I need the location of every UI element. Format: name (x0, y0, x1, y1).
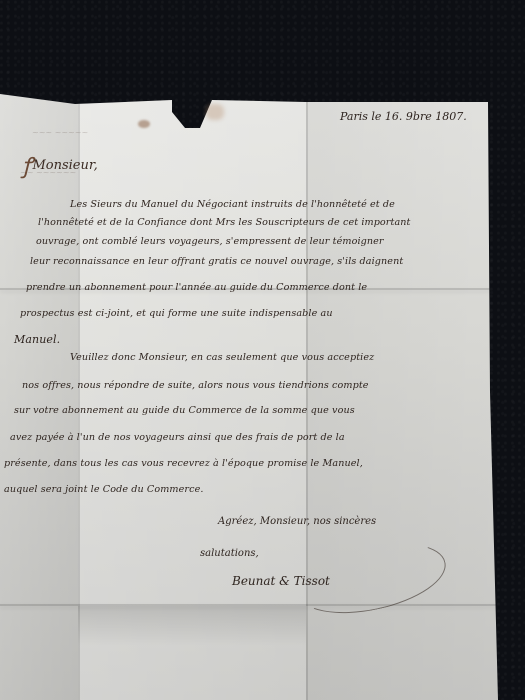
ink-stain (138, 120, 150, 128)
letter-salutation: ꝭMonsieur, (22, 150, 98, 180)
letter-line: avez payée à l'un de nos voyageurs ainsi… (10, 432, 345, 443)
letter-dateline: Paris le 16. 9bre 1807. (340, 110, 467, 123)
letter-line: Les Sieurs du Manuel du Négociant instru… (70, 199, 395, 210)
letter-line: prendre un abonnement pour l'année au gu… (26, 282, 367, 293)
letter-line: Veuillez donc Monsieur, en cas seulement… (70, 352, 374, 363)
letter-line: prospectus est ci-joint, et qui forme un… (20, 308, 333, 319)
letter-line: auquel sera joint le Code du Commerce. (4, 484, 204, 495)
bleed-through-text: ~~~ ~~~~~ (32, 128, 88, 137)
tear-stain (206, 104, 224, 120)
letter-line: sur votre abonnement au guide du Commerc… (14, 405, 355, 416)
letter-line: présente, dans tous les cas vous recevre… (4, 458, 363, 469)
closing-line-1: Agréez, Monsieur, nos sincères (218, 516, 376, 527)
paper-panel-left (0, 92, 78, 700)
flourish-icon: ꝭ (22, 154, 32, 179)
letter-line: Manuel. (14, 333, 60, 346)
fold-shadow (78, 606, 306, 646)
letter-line: ouvrage, ont comblé leurs voyageurs, s'e… (36, 236, 384, 247)
vertical-fold-2 (306, 92, 308, 700)
letter-paper (0, 92, 500, 700)
letter-line: leur reconnaissance en leur offrant grat… (30, 256, 403, 267)
letter-line: l'honnêteté et de la Confiance dont Mrs … (38, 217, 411, 228)
closing-line-2: salutations, (200, 548, 259, 559)
salutation-text: Monsieur, (32, 158, 97, 173)
letter-line: nos offres, nous répondre de suite, alor… (22, 380, 369, 391)
